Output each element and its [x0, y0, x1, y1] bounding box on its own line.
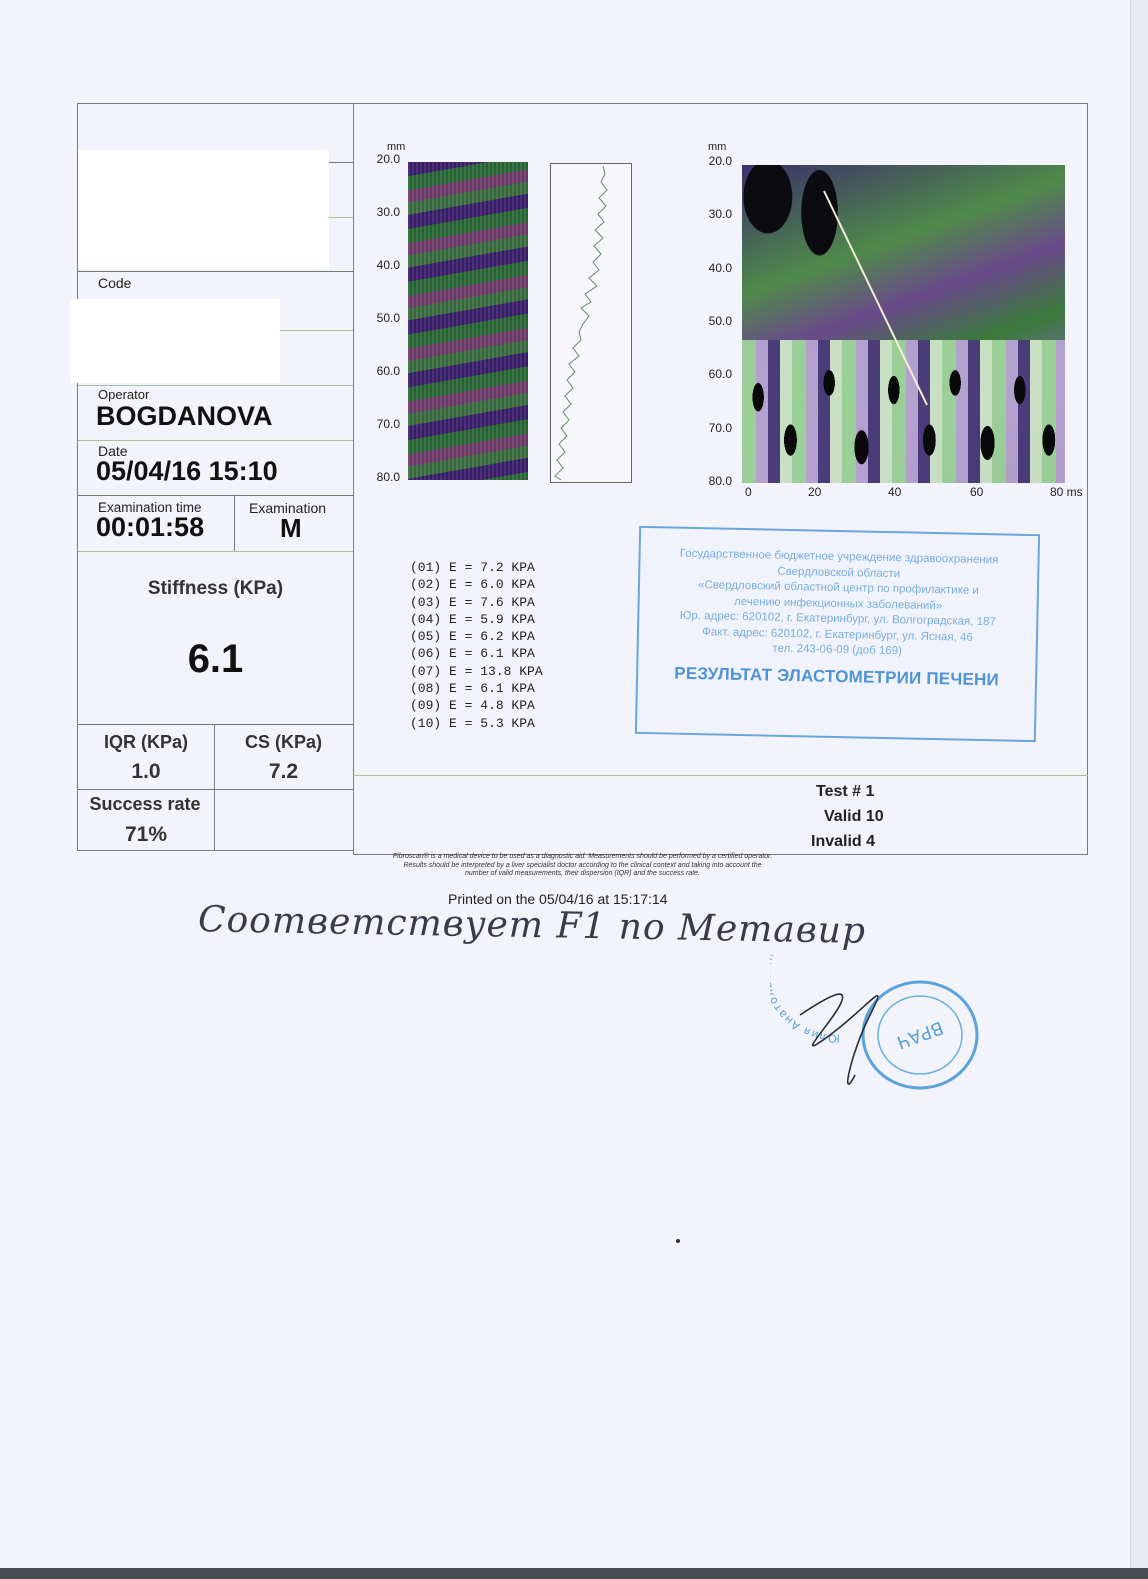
measurement-row: (02) E = 6.0 KPA — [410, 576, 543, 593]
measurement-row: (09) E = 4.8 KPA — [410, 697, 543, 714]
x-tick-label: 0 — [745, 485, 752, 499]
redacted-patient-name — [78, 150, 329, 269]
disclaimer-line: number of valid measurements, their disp… — [355, 870, 810, 879]
measurement-row: (06) E = 6.1 KPA — [410, 645, 543, 662]
x-tick-label: 40 — [888, 485, 901, 499]
measurement-row: (03) E = 7.6 KPA — [410, 594, 543, 611]
redacted-patient-code — [70, 299, 280, 383]
y-tick-label: 60.0 — [696, 367, 732, 381]
valid-count: Valid 10 — [824, 808, 884, 826]
y-tick-label: 20.0 — [364, 152, 400, 166]
success-rate-label: Success rate — [74, 794, 216, 815]
y-tick-label: 80.0 — [696, 474, 732, 488]
y-tick-label: 40.0 — [364, 258, 400, 272]
y-tick-label: 60.0 — [364, 364, 400, 378]
code-label: Code — [98, 275, 131, 291]
measurement-row: (08) E = 6.1 KPA — [410, 680, 543, 697]
disclaimer-line: Results should be interpreted by a liver… — [355, 862, 810, 871]
invalid-count: Invalid 4 — [811, 833, 875, 851]
a-mode-signal — [550, 163, 632, 483]
measurement-row: (05) E = 6.2 KPA — [410, 628, 543, 645]
test-number: Test # 1 — [816, 783, 874, 801]
measurement-row: (10) E = 5.3 KPA — [410, 715, 543, 732]
y-tick-label: 20.0 — [696, 154, 732, 168]
y-tick-label: 70.0 — [364, 417, 400, 431]
section-divider — [353, 775, 1088, 776]
iqr-label: IQR (KPa) — [78, 732, 214, 753]
disclaimer: Fibroscan® is a medical device to be use… — [355, 853, 810, 879]
svg-text:ВРАЧ: ВРАЧ — [894, 1016, 946, 1052]
stiffness-label: Stiffness (KPa) — [78, 578, 353, 600]
measurement-row: (07) E = 13.8 KPA — [410, 663, 543, 680]
measurement-row: (01) E = 7.2 KPA — [410, 559, 543, 576]
y-tick-label: 50.0 — [696, 314, 732, 328]
operator-label: Operator — [98, 387, 149, 402]
y-tick-label: 50.0 — [364, 311, 400, 325]
y-tick-label: 70.0 — [696, 421, 732, 435]
mmode-unit: mm — [708, 141, 726, 153]
doctor-round-stamp: Юлия Анатольевна * Богданова ВРАЧ — [770, 955, 980, 1115]
measurement-row: (04) E = 5.9 KPA — [410, 611, 543, 628]
x-tick-label: 20 — [808, 485, 821, 499]
exam-value: M — [280, 513, 302, 544]
exam-time-value: 00:01:58 — [96, 512, 204, 543]
a-mode-waveform — [551, 164, 631, 482]
cs-label: CS (KPa) — [214, 732, 353, 753]
speck — [676, 1239, 680, 1243]
disclaimer-line: Fibroscan® is a medical device to be use… — [355, 853, 810, 862]
stiffness-value: 6.1 — [78, 637, 353, 682]
scanner-edge — [0, 1568, 1148, 1579]
institution-stamp: Государственное бюджетное учреждение здр… — [635, 526, 1040, 742]
success-rate-value: 71% — [78, 823, 214, 847]
y-tick-label: 30.0 — [696, 207, 732, 221]
cs-value: 7.2 — [214, 760, 353, 784]
stamp-title: РЕЗУЛЬТАТ ЭЛАСТОМЕТРИИ ПЕЧЕНИ — [638, 662, 1035, 690]
elastogram-image — [408, 162, 528, 480]
y-tick-label: 30.0 — [364, 205, 400, 219]
y-tick-label: 40.0 — [696, 261, 732, 275]
page-edge — [1130, 0, 1148, 1579]
handwritten-conclusion: Соответствует F1 по Метавир — [198, 899, 867, 952]
x-tick-label: 60 — [970, 485, 983, 499]
iqr-value: 1.0 — [78, 760, 214, 784]
date-value: 05/04/16 15:10 — [96, 456, 278, 487]
y-tick-label: 80.0 — [364, 470, 400, 484]
m-mode-image — [742, 165, 1065, 483]
measurement-list: (01) E = 7.2 KPA(02) E = 6.0 KPA(03) E =… — [410, 559, 543, 732]
x-tick-label: 80 ms — [1050, 485, 1083, 499]
operator-value: BOGDANOVA — [96, 401, 273, 432]
wave-slope-line — [742, 165, 1065, 483]
